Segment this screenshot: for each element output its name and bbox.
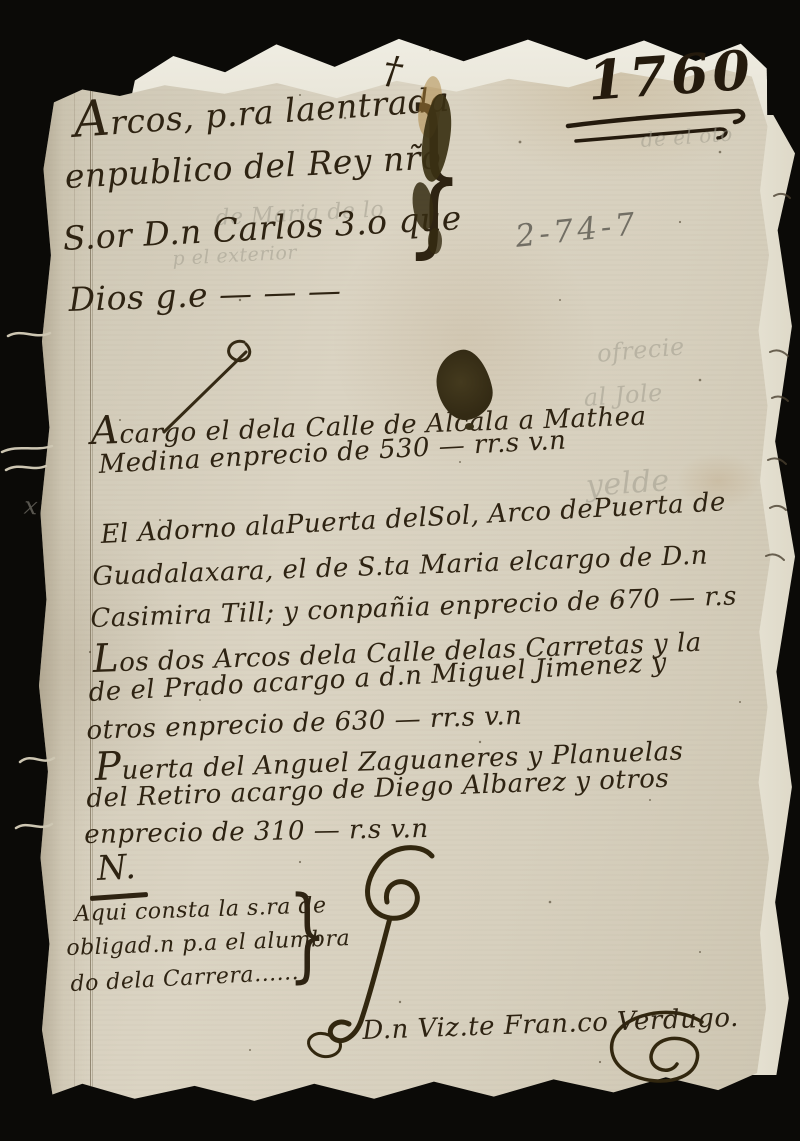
manuscript-scan: { "colors": { "background": "#0b0a07", "… bbox=[0, 0, 800, 1141]
ink-blot-dot bbox=[465, 423, 474, 430]
entry-line: enprecio de 310 — r.s v.n bbox=[84, 816, 429, 848]
note-heading: N. bbox=[96, 850, 137, 886]
title-line-4: Dios g.e — — — bbox=[68, 273, 342, 316]
ghost-fragment: de el oto bbox=[640, 124, 733, 150]
ink-smudge-3 bbox=[428, 228, 442, 254]
margin-x-mark: x bbox=[23, 492, 38, 521]
year-label: 1760 bbox=[586, 42, 756, 107]
ghost-fragment: ofrecie bbox=[596, 334, 686, 366]
